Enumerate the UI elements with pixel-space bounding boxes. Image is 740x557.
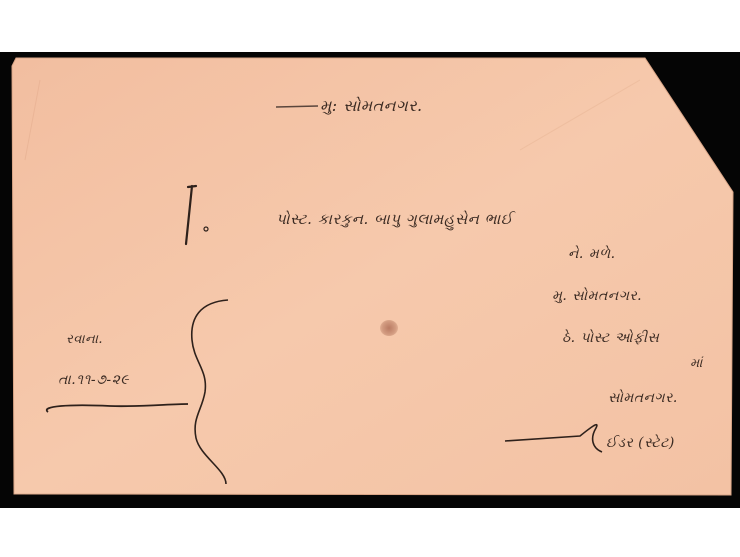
address-line-2: ને. મળે. — [568, 246, 616, 262]
address-line-6: સોમતનગર. — [608, 390, 678, 406]
address-line-7: ઈડર (સ્ટેટ) — [606, 435, 675, 451]
paper-stain — [380, 320, 398, 336]
sender-note-date: તા.૧૧-૭-૨૯ — [58, 372, 129, 388]
address-line-4: ઠે. પોસ્ટ ઓફીસ — [562, 330, 659, 346]
header-place-line: મુ: સોમતનગર. — [320, 96, 423, 116]
address-line-3: મુ. સોમતનગર. — [552, 288, 642, 304]
sender-note-dispatched: રવાના. — [66, 332, 103, 347]
address-line-1: પોસ્ટ. કારકુન. બાપુ ગુલામહુસેન ભાઈ — [276, 210, 513, 228]
address-line-5: માં — [690, 356, 703, 371]
envelope-paper — [0, 0, 740, 557]
